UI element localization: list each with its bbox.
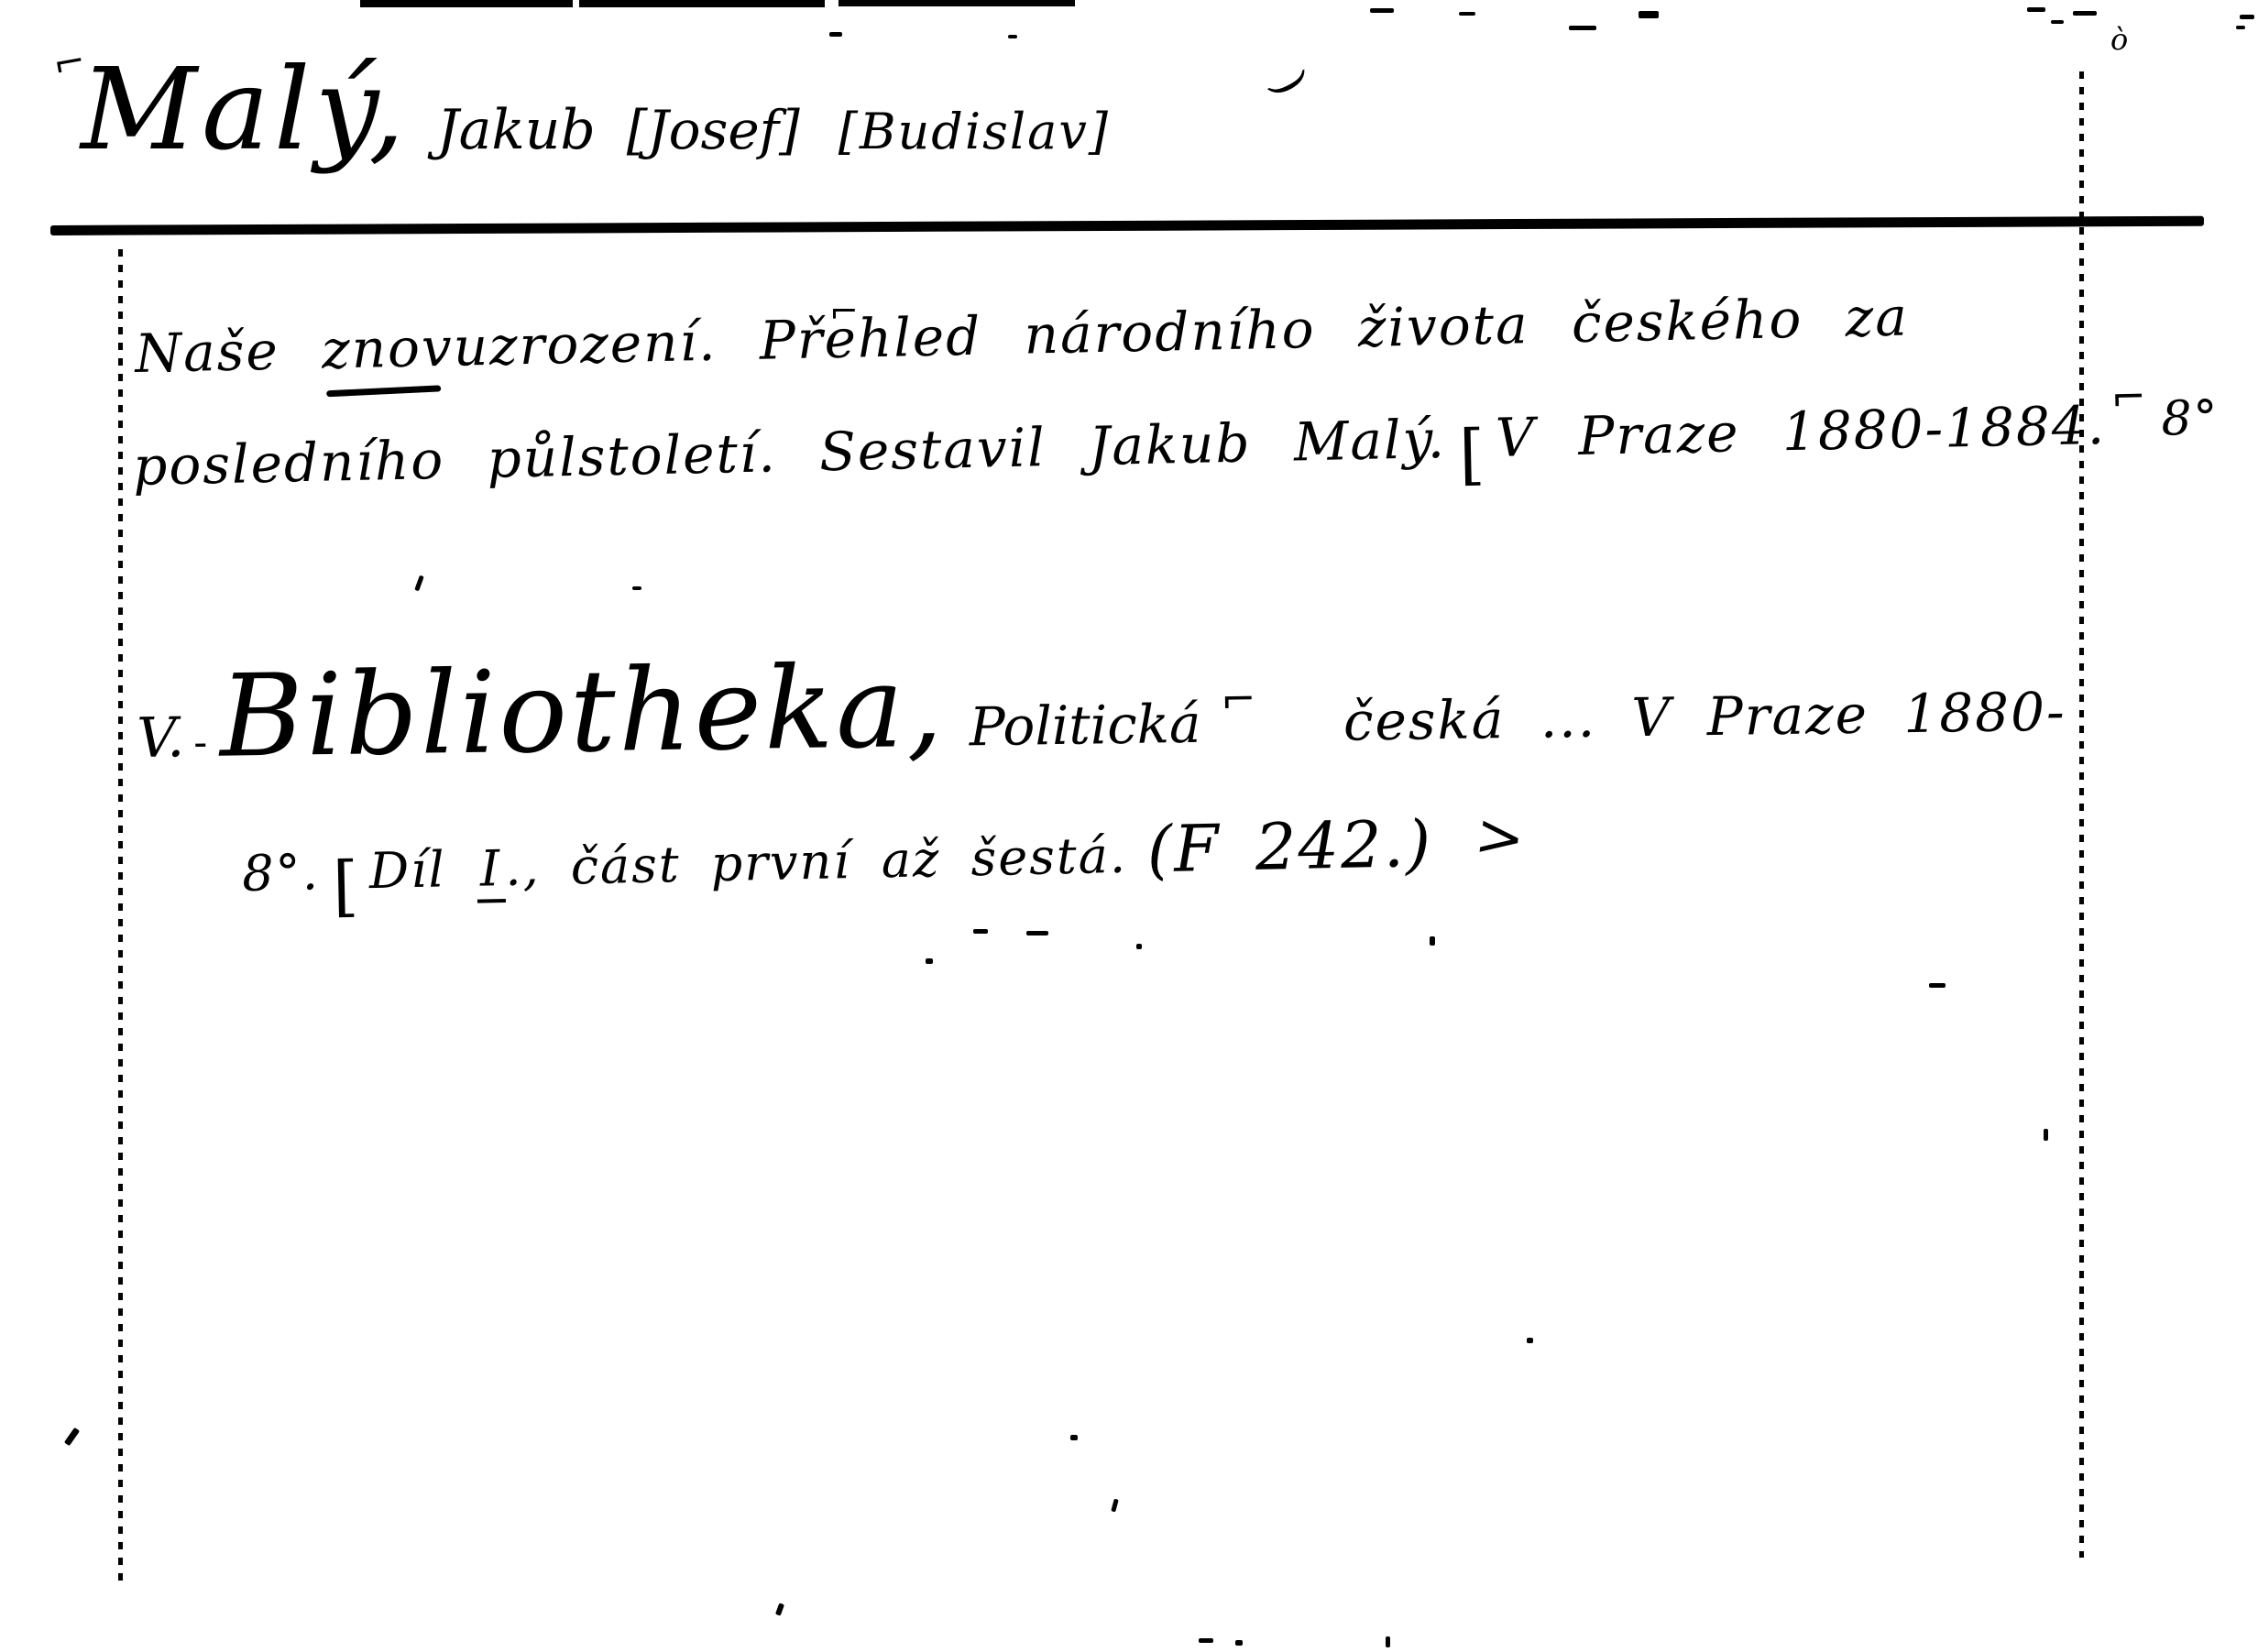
insertion-arrow-mark: ) (1263, 63, 1318, 104)
title-lead: Naše (135, 319, 323, 385)
ink-speck (1370, 8, 1394, 13)
author-bracketed-name: [Josef] (627, 99, 800, 161)
ink-speck (2240, 15, 2254, 19)
ink-speck (2073, 11, 2097, 16)
ink-speck (1070, 1435, 1078, 1440)
ink-speck (1527, 1338, 1533, 1343)
author-heading: Malý, Jakub [Josef] [Budislav] (81, 44, 1110, 176)
author-bracketed-name: [Budislav] (839, 103, 1110, 160)
left-margin-dotted-line (118, 249, 123, 1585)
ink-speck (2051, 20, 2064, 24)
right-margin-dotted-line (2079, 71, 2084, 1558)
ink-speck (2027, 7, 2045, 12)
title-entry-line1: Naše znovuzrození. Přehled národního živ… (135, 285, 1910, 385)
ink-speck (2236, 26, 2245, 29)
ink-speck (829, 32, 842, 37)
ink-speck (1026, 931, 1048, 935)
volume-punctuation: ., (505, 838, 542, 897)
scan-artifact-bar (360, 0, 573, 7)
heading-rule (50, 216, 2204, 235)
ink-speck (1929, 983, 1946, 988)
title-entry-line2: posledního půlstoletí. Sestavil Jakub Ma… (132, 379, 2220, 500)
open-bracket-mark: [ (332, 847, 361, 924)
volume-word: Díl (368, 840, 446, 900)
insertion-dash-mark: - (193, 719, 208, 766)
scan-artifact-bar (579, 0, 825, 7)
scan-artifact-bar (839, 0, 1075, 6)
author-given-name: Jakub (437, 98, 596, 162)
corner-annotation: ò (2110, 22, 2128, 57)
close-bracket-mark: ⌐ (2110, 372, 2149, 422)
title-underlined-word: znovuzrození (321, 311, 698, 381)
series-entry-line2: 8°.[Díl I., část první až šestá.(F 242.)… (241, 803, 1526, 906)
ink-speck (1136, 944, 1142, 949)
ink-speck (1235, 1640, 1243, 1646)
ink-speck (775, 1603, 784, 1615)
ink-speck (1430, 936, 1435, 946)
ink-speck (1459, 12, 1475, 16)
title-line2-start: posledního půlstoletí. Sestavil Jakub Ma… (133, 408, 1447, 498)
ink-speck (64, 1428, 80, 1446)
series-title: Bibliotheka, (219, 641, 947, 783)
series-entry-line1: V. - Bibliotheka, Politická ⌐ česká ... … (136, 626, 2066, 784)
shelfmark: (F 242.) (1146, 806, 1433, 888)
ink-speck (1569, 26, 1596, 30)
format-statement: 8° (2161, 390, 2220, 446)
catalog-card: ⌐ ) ⌐ ò Malý, Jakub [Josef] [Budislav] N… (0, 0, 2258, 1652)
title-rest: . Přehled národního života českého za (697, 285, 1909, 373)
ink-speck (2044, 1129, 2048, 1141)
ink-speck (1199, 1638, 1213, 1643)
ink-speck (414, 575, 424, 592)
end-caret-mark: > (1472, 801, 1530, 874)
imprint: V Praze 1880-1884. (1495, 394, 2106, 469)
ink-speck (632, 586, 641, 590)
caret-mark: ⌐ (1221, 674, 1256, 725)
ink-speck (926, 958, 933, 964)
series-format: 8°. (242, 843, 321, 903)
ink-speck (1639, 11, 1659, 18)
series-subtitle: Politická (969, 693, 1201, 759)
ink-speck (1008, 35, 1017, 38)
volume-numeral: I (476, 839, 506, 903)
ink-speck (1111, 1499, 1118, 1513)
open-bracket-mark: [ (1458, 415, 1487, 493)
series-continuation: česká ... V Praze 1880- (1343, 681, 2066, 753)
series-prefix: V. (137, 706, 185, 771)
ink-speck (1386, 1636, 1390, 1647)
ink-speck (973, 929, 988, 934)
parts-statement: část první až šestá. (570, 826, 1128, 896)
author-surname: Malý, (81, 44, 410, 176)
